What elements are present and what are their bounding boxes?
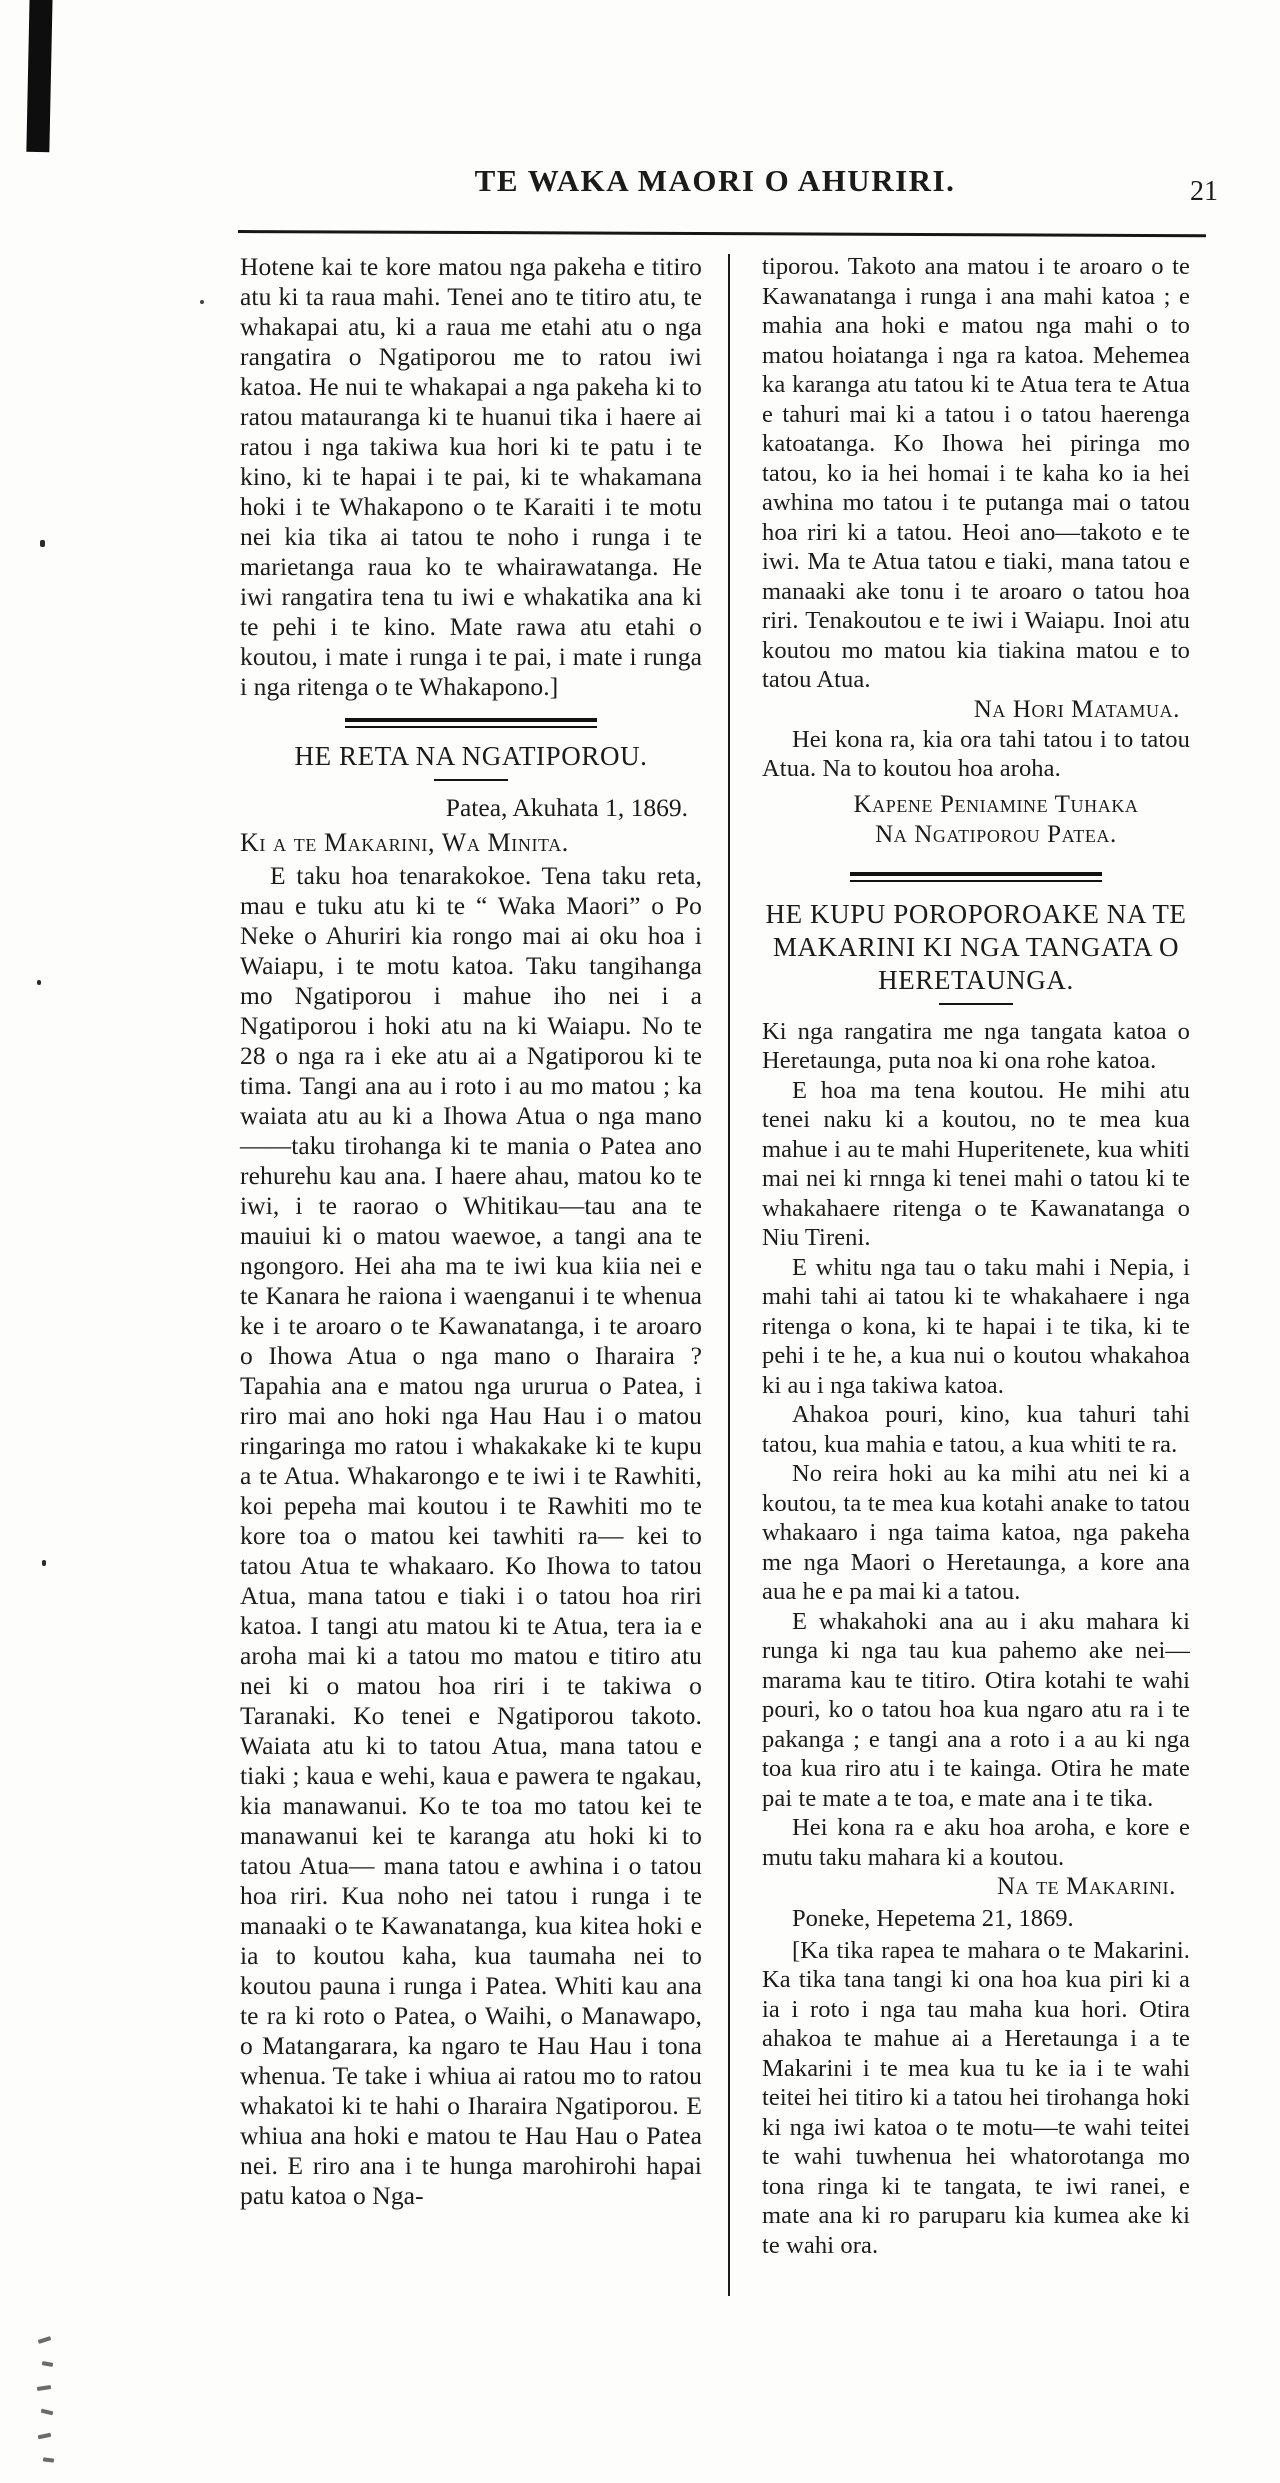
heading-underline-rule xyxy=(939,1003,1013,1005)
scan-scribble xyxy=(42,2361,54,2367)
header-rule xyxy=(238,230,1206,237)
paragraph-continuation: Hotene kai te kore matou nga pakeha e ti… xyxy=(240,252,702,702)
column-divider-rule xyxy=(728,254,730,2296)
section-divider-double-rule xyxy=(850,872,1102,882)
scan-scribble xyxy=(38,2336,52,2344)
article-signature: Na te Makarini. xyxy=(762,1872,1190,1902)
article-paragraph: E hoa ma tena koutou. He mihi atu tenei … xyxy=(762,1076,1190,1253)
letter-body: E taku hoa tenarakokoe. Tena taku reta, … xyxy=(240,861,702,2211)
article-paragraph: E whitu nga tau o taku mahi i Nepia, i m… xyxy=(762,1253,1190,1401)
letter-farewell: Hei kona ra, kia ora tahi tatou i to tat… xyxy=(762,725,1190,784)
article-paragraph: No reira hoki au ka mihi atu nei ki a ko… xyxy=(762,1459,1190,1607)
scan-scribble xyxy=(41,2409,54,2416)
section-divider-double-rule xyxy=(345,718,597,728)
newspaper-page: TE WAKA MAORI O AHURIRI. 21 Hotene kai t… xyxy=(0,0,1280,2483)
section-heading-letter: HE RETA NA NGATIPOROU. xyxy=(240,740,702,773)
column-gutter xyxy=(702,252,762,2260)
right-column: tiporou. Takoto ana matou i te aroaro o … xyxy=(762,252,1190,2260)
left-column: Hotene kai te kore matou nga pakeha e ti… xyxy=(240,252,702,2260)
letter-signature-3: Na Ngatiporou Patea. xyxy=(762,820,1190,850)
article-address: Ki nga rangatira me nga tangata katoa o … xyxy=(762,1017,1190,1076)
scan-speck xyxy=(42,1560,46,1566)
article-dateline: Poneke, Hepetema 21, 1869. xyxy=(762,1904,1190,1934)
article-paragraph: E whakahoki ana au i aku mahara ki runga… xyxy=(762,1607,1190,1814)
masthead-title: TE WAKA MAORI O AHURIRI. xyxy=(240,163,1190,199)
page-number: 21 xyxy=(1158,176,1218,208)
section-heading-farewell-article: HE KUPU POROPOROAKE NA TE MAKARINI KI NG… xyxy=(762,898,1190,997)
heading-underline-rule xyxy=(434,779,508,781)
scan-scribble xyxy=(38,2433,52,2440)
scan-scribble xyxy=(43,2457,54,2462)
letter-signature-2: Kapene Peniamine Tuhaka xyxy=(762,790,1190,820)
article-paragraph: Hei kona ra e aku hoa aroha, e kore e mu… xyxy=(762,1813,1190,1872)
scan-artifact-corner-bar xyxy=(26,0,52,152)
scan-speck xyxy=(37,980,41,985)
scan-speck xyxy=(40,540,45,547)
text-columns: Hotene kai te kore matou nga pakeha e ti… xyxy=(240,252,1190,2260)
letter-dateline: Patea, Akuhata 1, 1869. xyxy=(240,793,702,823)
scan-speck xyxy=(200,300,204,304)
letter-signature: Na Hori Matamua. xyxy=(762,695,1190,725)
article-editorial-note: [Ka tika rapea te mahara o te Makarini. … xyxy=(762,1936,1190,2261)
letter-salutation: Ki a te Makarini, Wa Minita. xyxy=(240,827,702,859)
scan-scribble xyxy=(37,2385,51,2391)
letter-body-continuation: tiporou. Takoto ana matou i te aroaro o … xyxy=(762,252,1190,695)
article-paragraph: Ahakoa pouri, kino, kua tahuri tahi tato… xyxy=(762,1400,1190,1459)
